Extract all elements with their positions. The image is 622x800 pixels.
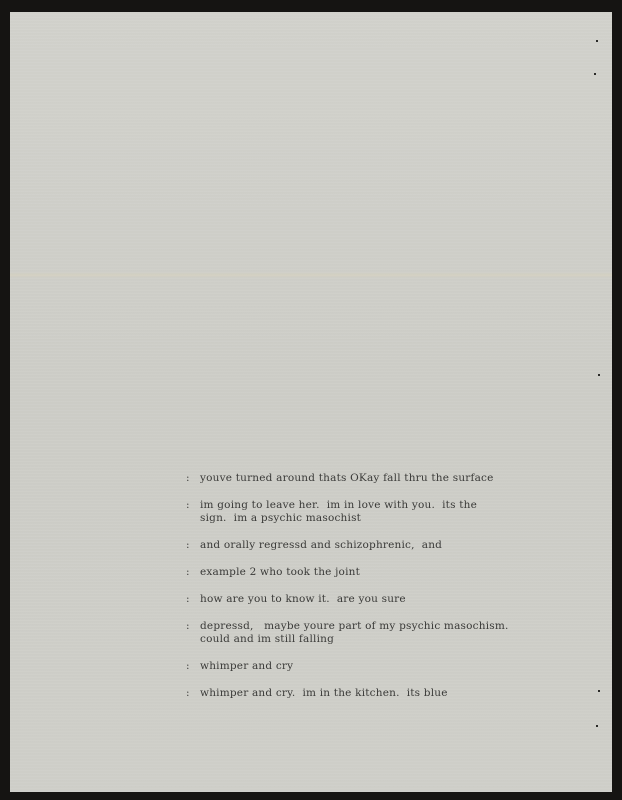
paper-sheet: : youve turned around thats OKay fall th…: [10, 12, 612, 792]
line-text: how are you to know it. are you sure: [200, 593, 406, 606]
scanned-page-background: : youve turned around thats OKay fall th…: [0, 0, 622, 800]
line-text: whimper and cry. im in the kitchen. its …: [200, 687, 448, 700]
line-marker: :: [186, 499, 200, 525]
speck-mark: [596, 40, 598, 42]
speck-mark: [598, 690, 600, 692]
verse-line: : how are you to know it. are you sure: [186, 593, 406, 606]
line-text: depressd, maybe youre part of my psychic…: [200, 620, 509, 646]
line-marker: :: [186, 687, 200, 700]
verse-line: : and orally regressd and schizophrenic,…: [186, 539, 442, 552]
verse-line: : im going to leave her. im in love with…: [186, 499, 477, 525]
verse-line: : example 2 who took the joint: [186, 566, 360, 579]
line-marker: :: [186, 660, 200, 673]
line-marker: :: [186, 620, 200, 646]
line-text: whimper and cry: [200, 660, 293, 673]
line-marker: :: [186, 539, 200, 552]
speck-mark: [596, 725, 598, 727]
line-text: and orally regressd and schizophrenic, a…: [200, 539, 442, 552]
fold-crease: [10, 272, 612, 278]
line-marker: :: [186, 472, 200, 485]
line-marker: :: [186, 593, 200, 606]
speck-mark: [598, 374, 600, 376]
verse-line: : whimper and cry. im in the kitchen. it…: [186, 687, 448, 700]
line-text: example 2 who took the joint: [200, 566, 360, 579]
line-marker: :: [186, 566, 200, 579]
verse-line: : youve turned around thats OKay fall th…: [186, 472, 494, 485]
line-text: im going to leave her. im in love with y…: [200, 499, 477, 525]
verse-line: : whimper and cry: [186, 660, 293, 673]
verse-line: : depressd, maybe youre part of my psych…: [186, 620, 509, 646]
speck-mark: [594, 73, 596, 75]
line-text: youve turned around thats OKay fall thru…: [200, 472, 494, 485]
